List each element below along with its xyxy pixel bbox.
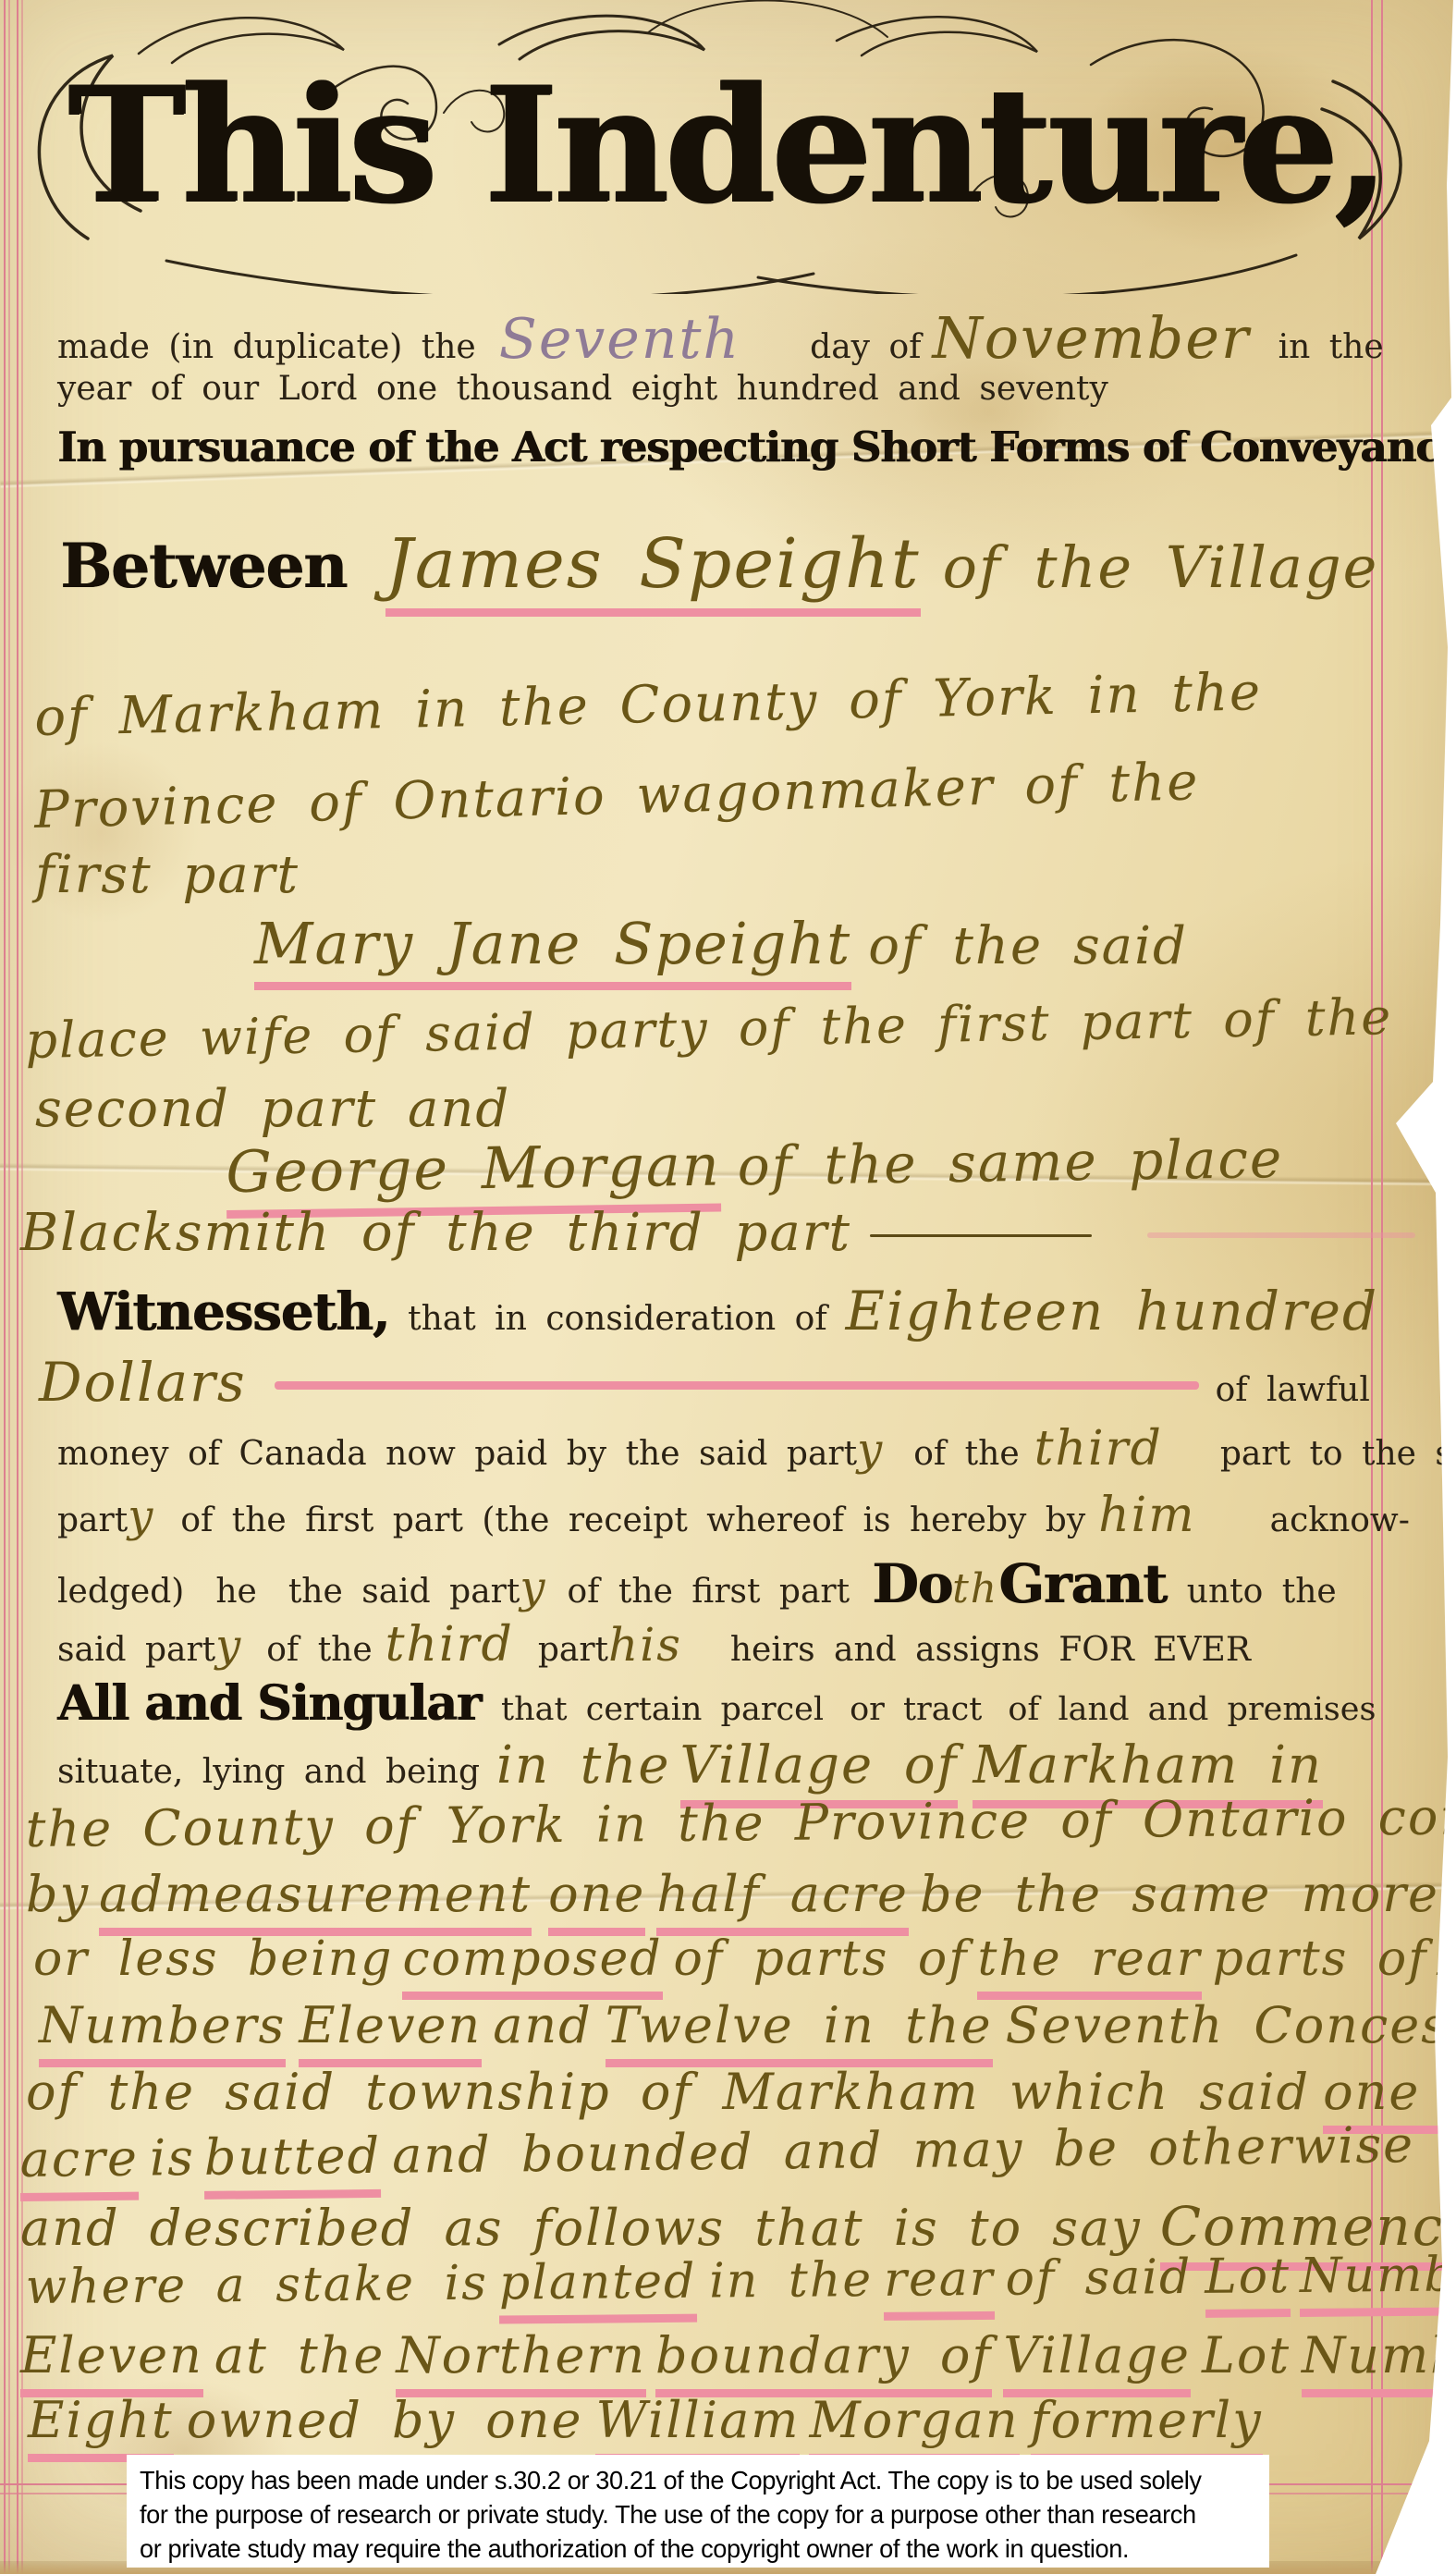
handwritten-text: him: [1098, 1488, 1195, 1543]
spacer: [1020, 1463, 1034, 1465]
deed-line-20: situate, lying and beingin theVillage of…: [57, 1736, 1323, 1796]
spacer: [546, 1600, 567, 1602]
spacer: [203, 2371, 214, 2372]
spacer: [1202, 1973, 1213, 1975]
handwritten-text: in the: [496, 1735, 671, 1796]
handwritten-text: Morgan: [809, 2391, 1019, 2462]
spacer: [968, 1973, 977, 1975]
deed-line-23: or less beingcomposedof parts ofthe rear…: [33, 1932, 1456, 1988]
handwritten-text: rear: [884, 2251, 995, 2321]
spacer: [851, 962, 868, 963]
spacer: [154, 1529, 180, 1531]
spacer: [393, 1973, 402, 1975]
printed-text: unto the: [1187, 1573, 1337, 1611]
ruled-line: [870, 1234, 1092, 1237]
printed-text: said part: [57, 1631, 215, 1669]
deed-line-9: place wife of said party of the first pa…: [25, 988, 1393, 1070]
handwritten-text: is: [150, 2128, 196, 2188]
handwritten-text: Eleven: [20, 2326, 203, 2397]
spacer: [385, 2371, 396, 2372]
printed-text: he: [215, 1573, 257, 1611]
printed-text: heirs and assigns FOR EVER: [730, 1631, 1251, 1669]
spacer: [921, 585, 943, 587]
printed-text: of the: [913, 1435, 1019, 1473]
party-first-name: James Speight: [385, 524, 921, 617]
printed-text: part: [538, 1631, 608, 1669]
handwritten-text: and bounded and may be otherwise known: [392, 2114, 1456, 2185]
handwritten-text: Number: [1302, 2326, 1456, 2397]
printed-text: part to the said: [1220, 1435, 1456, 1473]
spacer: [532, 1909, 548, 1911]
handwritten-text: by: [26, 1865, 90, 1923]
day-handwritten: Seventh: [499, 307, 740, 372]
spacer: [195, 2173, 204, 2175]
handwritten-text: owned by one: [187, 2391, 583, 2449]
spacer: [721, 1183, 738, 1184]
handwritten-text: y: [128, 1490, 154, 1542]
printed-text: of land and premises: [1008, 1691, 1376, 1728]
deed-line-7: first part: [35, 846, 300, 905]
deed-line-30: Eightowned by oneWilliamMorganformerly: [28, 2392, 1263, 2449]
consideration-amount: Eighteen hundred: [846, 1280, 1379, 1342]
deed-line-15: money of Canada now paid by the said par…: [57, 1422, 1456, 1477]
handwritten-text: third: [385, 1617, 514, 1673]
spacer: [184, 1600, 215, 1602]
handwritten-text: Dollars: [39, 1351, 247, 1414]
deed-line-5: of Markham in the County of York in the: [34, 663, 1263, 748]
handwritten-text: where a stake is: [25, 2256, 488, 2315]
spacer: [1196, 1529, 1270, 1531]
margin-rule-left-outer: [4, 0, 6, 2574]
handwritten-text: planted: [499, 2254, 697, 2324]
handwritten-text: y: [857, 1424, 884, 1476]
printed-text: part: [57, 1501, 128, 1539]
handwritten-text: admeasurement: [99, 1865, 532, 1936]
deed-line-6: Province of Ontario wagonmaker of the: [33, 753, 1200, 840]
line-date: made (in duplicate) theSeventhday ofNove…: [57, 305, 1384, 372]
deed-paper: This Indenture, made (in duplicate) theS…: [0, 0, 1456, 2574]
handwritten-text: of the same place: [737, 1127, 1283, 1197]
handwritten-text: first part: [35, 845, 300, 905]
handwritten-text: parts of: [1213, 1931, 1428, 1987]
handwritten-text: Village: [1003, 2326, 1191, 2397]
month-handwritten: November: [932, 304, 1250, 372]
deed-line-26: acreisbuttedand bounded and may be other…: [19, 2114, 1456, 2188]
handwritten-text: of the said township of Markham which sa…: [26, 2063, 1310, 2121]
spacer: [582, 2435, 595, 2437]
handwritten-text: in the: [709, 2252, 873, 2310]
spacer: [381, 2171, 392, 2173]
handwritten-text: place wife of said party of the first pa…: [25, 987, 1393, 1070]
printed-text: made (in duplicate) the: [57, 328, 476, 366]
deed-title: This Indenture,: [51, 48, 1401, 242]
blackletter-text: In pursuance of the Act respecting Short…: [57, 423, 1456, 472]
printed-text: situate, lying and being: [57, 1753, 480, 1791]
handwritten-text: acre: [19, 2129, 139, 2201]
handwritten-text: second part and: [35, 1079, 510, 1139]
handwritten-text: of the Village: [943, 533, 1379, 601]
spacer: [1310, 2107, 1323, 2109]
spacer: [921, 356, 932, 358]
line-all-singular: All and Singularthat certain parcelor tr…: [57, 1676, 1376, 1732]
spacer: [645, 1909, 656, 1911]
handwritten-text: formerly: [1031, 2391, 1263, 2462]
spacer: [873, 2294, 884, 2296]
ruled-line: [1147, 1232, 1415, 1238]
deed-line-18: said partyof thethirdparthisheirs and as…: [57, 1618, 1251, 1673]
spacer: [909, 1909, 920, 1911]
spacer: [257, 1600, 288, 1602]
copyright-line: or private study may require the authori…: [140, 2531, 1223, 2566]
handwritten-text: Lot: [1205, 2249, 1291, 2318]
spacer: [480, 1781, 496, 1783]
spacer: [514, 1659, 538, 1661]
all-and-singular-label: All and Singular: [57, 1675, 481, 1732]
handwritten-text: boundary of: [655, 2326, 992, 2397]
spacer: [90, 1909, 99, 1911]
spacer: [1427, 1973, 1437, 1975]
printed-text: day of: [810, 328, 921, 366]
spacer: [1085, 1529, 1098, 1531]
spacer: [663, 1973, 674, 1975]
spacer: [1142, 2243, 1160, 2245]
printed-text: year of our Lord one thousand eight hund…: [57, 370, 1108, 408]
handwritten-text: of said: [1005, 2249, 1192, 2307]
handwritten-text: composed: [402, 1931, 662, 2000]
line-pursuance: In pursuance of the Act respecting Short…: [57, 423, 1456, 472]
handwritten-text: Twelve in the: [606, 1996, 993, 2067]
spacer: [286, 2041, 299, 2042]
spacer: [247, 1399, 275, 1401]
spacer: [1163, 1463, 1220, 1465]
spacer: [139, 2174, 150, 2176]
spacer: [824, 1718, 850, 1720]
handwritten-text: Numbered: [1300, 2246, 1456, 2317]
handwritten-text: third: [1034, 1421, 1163, 1477]
handwritten-text: Lots: [1437, 1931, 1456, 2000]
ruled-line: [275, 1381, 1199, 1390]
spacer: [1092, 1248, 1147, 1250]
spacer: [646, 2371, 655, 2372]
printed-text: of the first part: [567, 1573, 850, 1611]
handwritten-text: be the same more: [920, 1865, 1439, 1923]
spacer: [488, 2298, 499, 2299]
margin-rule-left-outer2: [8, 0, 10, 2574]
handwritten-text: th: [952, 1565, 998, 1612]
spacer: [995, 2293, 1006, 2295]
handwritten-text: one: [548, 1865, 645, 1936]
copyright-line: This copy has been made under s.30.2 or …: [140, 2463, 1223, 2497]
deed-line-17: ledged)hethe said partyof the first part…: [57, 1553, 1337, 1615]
handwritten-text: the rear: [977, 1931, 1201, 2000]
between-label: Between: [60, 530, 347, 602]
spacer: [389, 1328, 408, 1330]
printed-text: or tract: [850, 1691, 982, 1728]
spacer: [1199, 1399, 1216, 1401]
handwritten-text: y: [215, 1620, 242, 1672]
spacer: [993, 2041, 1006, 2042]
handwritten-text: Seventh Concession: [1006, 1996, 1456, 2054]
line-third-party: George Morganof the same place: [226, 1124, 1284, 1205]
handwritten-text: Northern: [396, 2326, 646, 2397]
spacer: [884, 1463, 913, 1465]
handwritten-text: Numbers: [39, 1996, 286, 2067]
printed-text: that in consideration of: [408, 1300, 826, 1338]
printed-text: acknow-: [1270, 1501, 1410, 1539]
handwritten-text: of the said: [868, 916, 1188, 976]
handwritten-text: Lot: [1202, 2326, 1291, 2384]
spacer: [1291, 2290, 1300, 2292]
scanned-indenture-page: This Indenture, made (in duplicate) theS…: [0, 0, 1456, 2574]
printed-text: ledged): [57, 1573, 184, 1611]
line-witnesseth: Witnesseth,that in consideration ofEight…: [57, 1281, 1378, 1342]
spacer: [982, 1718, 1008, 1720]
handwritten-text: his: [608, 1618, 682, 1672]
handwritten-text: butted: [204, 2127, 382, 2200]
deed-line-12: Blacksmith of the third part: [20, 1204, 1415, 1263]
spacer: [958, 1781, 973, 1783]
spacer: [671, 1781, 680, 1783]
handwritten-text: Eleven: [299, 1996, 482, 2067]
handwritten-text: William: [595, 2391, 800, 2462]
handwritten-text: of Markham in the County of York in the: [34, 662, 1263, 748]
doth-grant-label: Do: [872, 1552, 952, 1615]
spacer: [740, 356, 810, 358]
printed-text: of the first part (the receipt whereof i…: [180, 1501, 1085, 1539]
handwritten-text: Eight: [28, 2391, 174, 2462]
spacer: [850, 1600, 872, 1602]
spacer: [1291, 2371, 1302, 2372]
printed-text: that certain parcel: [501, 1691, 824, 1728]
line-second-party: Mary Jane Speightof the said: [254, 911, 1188, 976]
doth-grant-label: Grant: [998, 1552, 1167, 1615]
witnesseth-label: Witnesseth,: [57, 1281, 389, 1342]
spacer: [1020, 2435, 1031, 2437]
line-year: year of our Lord one thousand eight hund…: [57, 370, 1108, 408]
margin-rule-right-outer: [1381, 0, 1383, 2574]
printed-text: money of Canada now paid by the said par…: [57, 1435, 857, 1473]
line-between: BetweenJames Speightof the Village: [60, 525, 1378, 604]
spacer: [482, 2041, 493, 2042]
handwritten-text: y: [520, 1562, 546, 1613]
handwritten-text: and described as follows that is to say: [20, 2199, 1142, 2257]
spacer: [851, 1248, 870, 1250]
spacer: [1251, 356, 1279, 358]
spacer: [682, 1659, 730, 1661]
party-second-name: Mary Jane Speight: [254, 910, 851, 990]
handwritten-text: half acre: [656, 1865, 909, 1936]
deed-line-21: the County of York in the Province of On…: [25, 1787, 1456, 1859]
deed-line-24: NumbersElevenandTwelve in theSeventh Con…: [39, 1997, 1456, 2054]
copyright-line: for the purpose of research or private s…: [140, 2497, 1223, 2531]
spacer: [481, 1718, 501, 1720]
deed-line-16: partyof the first part (the receipt wher…: [57, 1489, 1410, 1544]
deed-line-10: second part and: [35, 1080, 510, 1139]
handwritten-text: and: [493, 1996, 593, 2054]
spacer: [476, 356, 499, 358]
handwritten-text: of parts of: [674, 1931, 969, 1987]
spacer: [696, 2296, 709, 2298]
printed-text: of the: [266, 1631, 372, 1669]
printed-text: the said part: [288, 1573, 520, 1611]
deed-line-29: Elevenat theNorthernboundary ofVillageLo…: [20, 2327, 1456, 2384]
copyright-notice: This copy has been made under s.30.2 or …: [127, 2455, 1269, 2568]
margin-rule-left-inner: [17, 0, 18, 2574]
spacer: [373, 1659, 385, 1661]
handwritten-text: the County of York in the Province of On…: [25, 1786, 1456, 1858]
spacer: [347, 585, 385, 587]
spacer: [1167, 1600, 1187, 1602]
spacer: [242, 1659, 266, 1661]
handwritten-text: at the: [214, 2326, 385, 2384]
spacer: [827, 1328, 846, 1330]
handwritten-text: Blacksmith of the third part: [20, 1203, 851, 1263]
spacer: [593, 2041, 606, 2042]
deed-line-14: Dollarsof lawful: [39, 1352, 1370, 1414]
spacer: [1192, 2291, 1205, 2293]
deed-line-28: where a stake isplantedin therearof said…: [25, 2247, 1456, 2315]
printed-text: of lawful: [1216, 1371, 1370, 1409]
spacer: [174, 2435, 187, 2437]
spacer: [800, 2435, 809, 2437]
handwritten-text: or less being: [33, 1931, 393, 1987]
spacer: [992, 2371, 1003, 2372]
printed-text: in the: [1279, 328, 1384, 366]
handwritten-text: Province of Ontario wagonmaker of the: [33, 752, 1200, 840]
spacer: [1191, 2371, 1202, 2372]
deed-line-25: of the said township of Markham which sa…: [26, 2064, 1456, 2121]
deed-line-22: byadmeasurementonehalf acrebe the same m…: [26, 1866, 1439, 1923]
